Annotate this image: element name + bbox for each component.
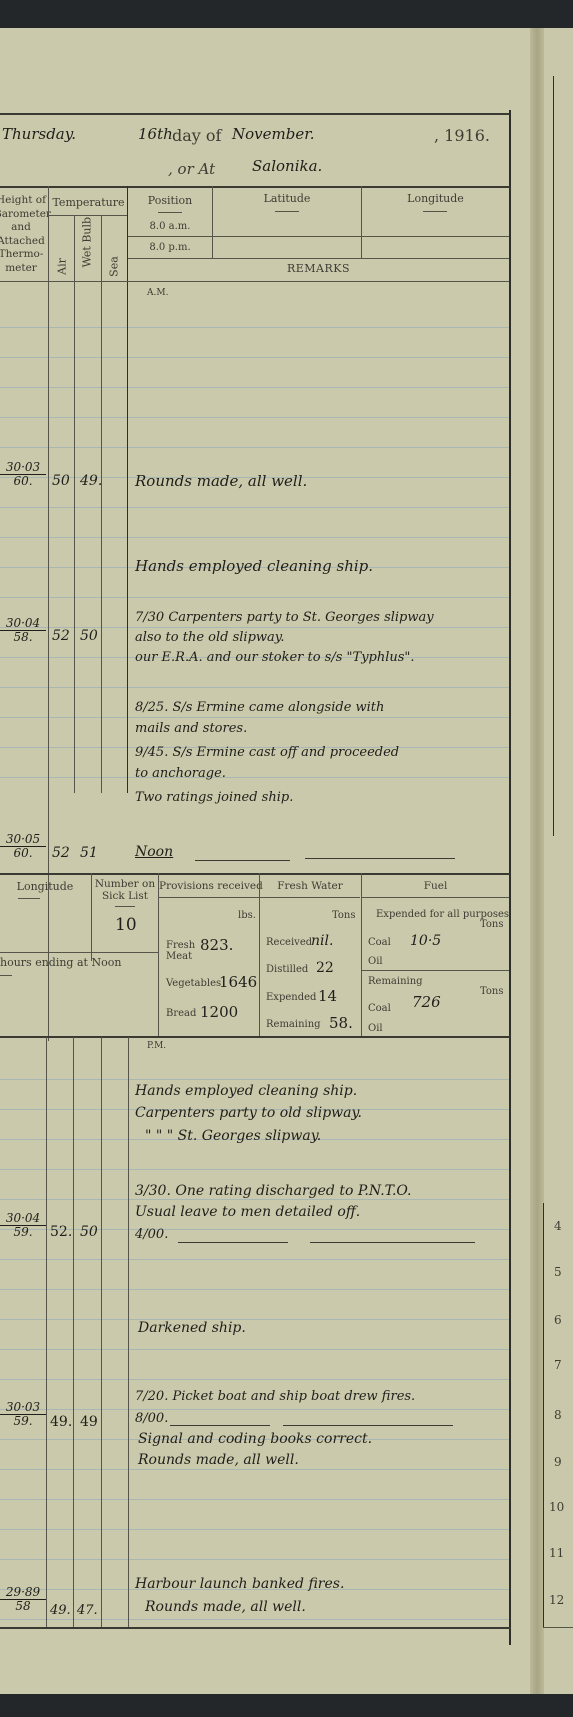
water-distilled-label: Distilled: [266, 964, 308, 975]
am-wetbulb-2: 50: [80, 628, 98, 644]
am-remark-1: Rounds made, all well.: [135, 472, 307, 490]
am-remark-10: Two ratings joined ship.: [135, 790, 293, 805]
fuel-remaining-unit: Tons: [480, 986, 504, 997]
pm-remark-6: 4/00.: [135, 1227, 168, 1242]
adjacent-hour-7: 7: [554, 1358, 562, 1372]
am-air-3: 52: [52, 845, 70, 861]
day-number: 16th: [138, 125, 173, 143]
position-header: Position: [128, 194, 212, 207]
am-remark-6: 8/25. S/s Ermine came alongside with: [135, 700, 384, 715]
coal-expended-value: 10·5: [410, 933, 441, 949]
latitude-underline: [275, 211, 299, 212]
am-wetbulb-3: 51: [80, 845, 98, 861]
provisions-divider: [159, 897, 259, 898]
location-prefix: , or At: [168, 160, 215, 178]
pm-remark-10: Signal and coding books correct.: [138, 1431, 372, 1447]
water-distilled-value: 22: [316, 960, 334, 976]
am-air-2: 52: [52, 628, 70, 644]
pm-remark-2: Carpenters party to old slipway.: [135, 1105, 362, 1121]
am-barometer-1: 30·0360.: [0, 461, 46, 488]
pm-remark-8: 7/20. Picket boat and ship boat drew fir…: [135, 1389, 415, 1404]
fuel-remaining-label: Remaining: [368, 976, 423, 987]
am-position-time: 8.0 a.m.: [128, 221, 212, 232]
pm-dash-2: [310, 1242, 475, 1243]
pm-remark-11: Rounds made, all well.: [138, 1452, 299, 1468]
adjacent-page: [544, 28, 573, 1694]
oil-expended-label: Oil: [368, 956, 383, 967]
pm-dash-4: [283, 1425, 453, 1426]
fresh-meat-label: FreshMeat: [166, 940, 195, 962]
pm-barometer-1: 30·0459.: [0, 1212, 46, 1239]
noon-bottom-border: [0, 1036, 510, 1038]
noon-longitude-label: Longitude: [0, 880, 90, 893]
vegetables-label: Vegetables: [166, 978, 221, 989]
am-remark-9: to anchorage.: [135, 766, 226, 781]
col-divider-remarks: [127, 186, 128, 793]
provisions-unit: lbs.: [238, 910, 256, 921]
water-received-label: Received: [266, 937, 312, 948]
am-remark-5: our E.R.A. and our stoker to s/s "Typhlu…: [135, 650, 415, 665]
remarks-divider-top: [128, 258, 509, 259]
adjacent-hour-6: 6: [554, 1313, 562, 1327]
longitude-underline: [423, 211, 447, 212]
pm-position-time: 8.0 p.m.: [128, 242, 212, 253]
fresh-water-label: Fresh Water: [260, 880, 360, 892]
frame-right: [509, 110, 511, 1645]
day-of-label: day of: [172, 126, 221, 145]
frame-top: [0, 113, 510, 115]
location: Salonika.: [252, 157, 322, 175]
fuel-remaining-divider: [362, 970, 509, 971]
pm-label: P.M.: [147, 1041, 166, 1051]
month: November.: [232, 125, 315, 143]
pm-wetbulb-3: 47.: [77, 1603, 98, 1618]
remarks-header: REMARKS: [128, 262, 509, 275]
header-divider: [0, 186, 510, 188]
coal-expended-label: Coal: [368, 937, 391, 948]
pm-wetbulb-1: 50: [80, 1224, 98, 1240]
bread-value: 1200: [200, 1003, 238, 1021]
water-remaining-label: Remaining: [266, 1019, 321, 1030]
header-bottom: [0, 281, 509, 282]
fresh-water-divider: [260, 897, 360, 898]
col-divider-air: [74, 215, 75, 793]
am-remark-4: also to the old slipway.: [135, 630, 285, 645]
fresh-water-unit: Tons: [332, 910, 356, 921]
water-expended-label: Expended: [266, 992, 316, 1003]
scan-bottom-border: [0, 1694, 573, 1717]
pm-remark-3: " " " St. Georges slipway.: [145, 1128, 321, 1144]
am-barometer-3: 30·0560.: [0, 833, 46, 860]
am-remark-noon: Noon: [135, 844, 173, 860]
hours-ending-label: hours ending at Noon: [0, 956, 121, 969]
temp-subdivider: [49, 215, 128, 216]
pm-remark-1: Hands employed cleaning ship.: [135, 1083, 357, 1099]
noon-dash-2: [305, 858, 455, 859]
pm-remark-7: Darkened ship.: [138, 1320, 246, 1336]
adjacent-page-frame-upper: [553, 76, 554, 836]
adjacent-page-bottom: [543, 1627, 573, 1628]
pm-wetbulb-2: 49: [80, 1414, 98, 1430]
adjacent-hour-4: 4: [554, 1219, 562, 1233]
longitude-header: Longitude: [362, 192, 509, 205]
am-remark-8: 9/45. S/s Ermine cast off and proceeded: [135, 745, 399, 760]
barometer-header: Height ofBarometerandAttachedThermo-mete…: [0, 194, 48, 275]
noon-top-border: [0, 873, 510, 875]
fresh-meat-value: 823.: [200, 936, 233, 954]
adjacent-hour-9: 9: [554, 1455, 562, 1469]
pm-remark-13: Rounds made, all well.: [145, 1599, 306, 1615]
pm-air-2: 49.: [50, 1414, 72, 1430]
col-divider-wetbulb: [101, 215, 102, 793]
position-underline: [158, 212, 182, 213]
am-barometer-2: 30·0458.: [0, 617, 46, 644]
sick-list-value: 10: [115, 915, 137, 935]
pm-air-3: 49.: [50, 1603, 71, 1618]
bread-label: Bread: [166, 1008, 196, 1019]
hours-underline: [0, 975, 12, 976]
pm-col-divider-remarks: [128, 1037, 129, 1627]
am-label: A.M.: [147, 288, 168, 298]
pm-remark-4: 3/30. One rating discharged to P.N.T.O.: [135, 1183, 412, 1199]
pm-dash-3: [170, 1425, 270, 1426]
coal-remaining-label: Coal: [368, 1003, 391, 1014]
pm-col-divider-baro: [46, 1037, 47, 1627]
noon-left-divider: [0, 952, 158, 953]
air-header: Air: [56, 255, 69, 279]
vegetables-value: 1646: [219, 973, 257, 991]
position-row-divider: [128, 236, 509, 237]
col-divider-baro: [48, 186, 49, 1041]
pm-remark-5: Usual leave to men detailed off.: [135, 1204, 360, 1220]
fuel-label: Fuel: [362, 880, 509, 892]
adjacent-hour-12: 12: [549, 1593, 564, 1607]
oil-remaining-label: Oil: [368, 1023, 383, 1034]
pm-barometer-3: 29·8958: [0, 1586, 46, 1613]
water-expended-value: 14: [318, 987, 337, 1005]
water-received-value: nil.: [311, 933, 333, 949]
weekday: Thursday.: [2, 125, 76, 143]
fuel-divider: [362, 897, 509, 898]
scan-top-border: [0, 0, 573, 28]
longitude-label-underline: [18, 898, 40, 899]
pm-air-1: 52.: [50, 1224, 72, 1240]
frame-bottom: [0, 1627, 511, 1629]
sick-list-label: Number onSick List: [92, 878, 158, 902]
provisions-label: Provisions received: [159, 880, 259, 892]
am-remark-2: Hands employed cleaning ship.: [135, 557, 373, 575]
wet-bulb-header: Wet Bulb: [81, 218, 94, 268]
pm-remark-12: Harbour launch banked fires.: [135, 1576, 344, 1592]
pm-dash-1: [178, 1242, 288, 1243]
coal-remaining-value: 726: [412, 993, 441, 1011]
noon-dash-1: [195, 860, 290, 861]
pm-remark-9: 8/00.: [135, 1411, 168, 1426]
am-remark-7: mails and stores.: [135, 721, 247, 736]
fuel-expended-unit: Tons: [480, 919, 504, 930]
adjacent-hour-11: 11: [549, 1546, 564, 1560]
adjacent-hour-8: 8: [554, 1408, 562, 1422]
am-air-1: 50: [52, 473, 70, 489]
year: , 1916.: [434, 126, 490, 145]
pm-col-divider-wetbulb: [101, 1037, 102, 1627]
am-wetbulb-1: 49.: [80, 473, 102, 489]
sick-list-underline: [115, 906, 135, 907]
adjacent-hour-10: 10: [549, 1500, 564, 1514]
book-gutter: [530, 28, 544, 1694]
water-remaining-value: 58.: [329, 1014, 353, 1032]
adjacent-page-frame-lower: [543, 1203, 544, 1628]
adjacent-hour-5: 5: [554, 1265, 562, 1279]
pm-col-divider-air: [73, 1037, 74, 1627]
pm-barometer-2: 30·0359.: [0, 1401, 46, 1428]
sea-header: Sea: [108, 255, 121, 279]
temperature-header: Temperature: [49, 196, 128, 209]
latitude-header: Latitude: [213, 192, 361, 205]
ruled-area-am: [0, 298, 510, 798]
am-remark-3: 7/30 Carpenters party to St. Georges sli…: [135, 610, 434, 625]
